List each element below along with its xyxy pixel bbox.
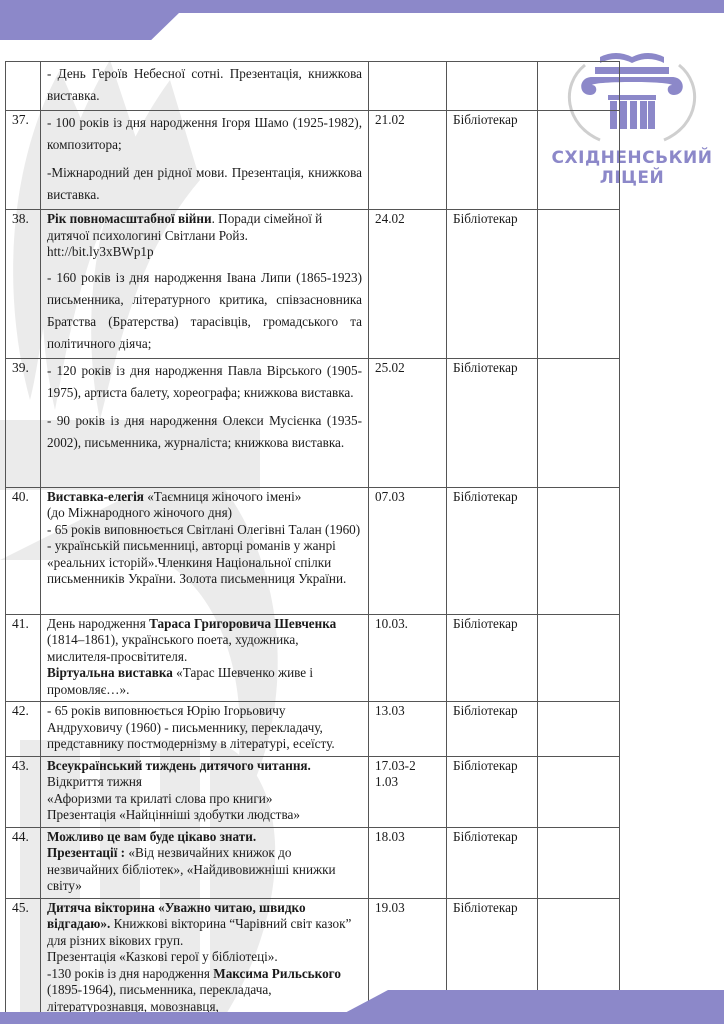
- description-text: htt://bit.ly3xBWp1p: [47, 244, 362, 261]
- event-description: - 65 років виповнюється Юрію Ігорьовичу …: [41, 702, 369, 757]
- table-row: 39.- 120 років із дня народження Павла В…: [6, 358, 620, 487]
- text-bold: Максима Рильського: [213, 966, 341, 981]
- description-rich-text: -130 років із дня народження Максима Рил…: [47, 966, 362, 1016]
- event-description: Виставка-елегія «Таємниця жіночого імені…: [41, 487, 369, 614]
- row-number: 40.: [6, 487, 41, 614]
- text-rest: (1895-1964), письменника, перекладача, л…: [47, 982, 272, 1014]
- description-text: -Міжнародний ден рідної мови. Презентаці…: [47, 162, 362, 206]
- event-date: 17.03-21.03: [369, 756, 447, 827]
- description-text: Презентація «Найцінніші здобутки людства…: [47, 807, 362, 824]
- responsible-person: Бібліотекар: [447, 358, 538, 487]
- text-bold: Тараса Григоровича Шевченка: [149, 616, 336, 631]
- description-rich-text: Виставка-елегія «Таємниця жіночого імені…: [47, 489, 362, 506]
- event-description: Всеукраїнський тиждень дитячого читання.…: [41, 756, 369, 827]
- description-text: Відкриття тижня: [47, 774, 362, 791]
- event-date: 13.03: [369, 702, 447, 757]
- text-bold: Рік повномасштабної війни: [47, 211, 212, 226]
- text-prefix: День народження: [47, 616, 149, 631]
- description-text: Презентація «Казкові герої у бібліотеці»…: [47, 949, 362, 966]
- event-date: 18.03: [369, 827, 447, 898]
- responsible-person: Бібліотекар: [447, 756, 538, 827]
- description-text: - 120 років із дня народження Павла Вірс…: [47, 360, 362, 404]
- row-number: [6, 62, 41, 111]
- event-description: День народження Тараса Григоровича Шевче…: [41, 614, 369, 702]
- event-date: 07.03: [369, 487, 447, 614]
- description-text: - 65 років виповнюється Світлані Олегівн…: [47, 522, 362, 588]
- row-number: 45.: [6, 898, 41, 1019]
- event-description: Рік повномасштабної війни. Поради сімейн…: [41, 210, 369, 359]
- header-tab-decoration: [0, 0, 180, 40]
- table-row: 43.Всеукраїнський тиждень дитячого читан…: [6, 756, 620, 827]
- responsible-person: Бібліотекар: [447, 487, 538, 614]
- description-rich-text: Віртуальна виставка «Тарас Шевченко живе…: [47, 665, 362, 698]
- responsible-person: [447, 62, 538, 111]
- description-rich-text: Презентації : «Від незвичайних книжок до…: [47, 845, 362, 895]
- event-date: 10.03.: [369, 614, 447, 702]
- table-row: 42.- 65 років виповнюється Юрію Ігорьови…: [6, 702, 620, 757]
- event-date: 24.02: [369, 210, 447, 359]
- row-number: 44.: [6, 827, 41, 898]
- event-description: - День Героїв Небесної сотні. Презентаці…: [41, 62, 369, 111]
- text-prefix: -130 років із дня народження: [47, 966, 213, 981]
- note-cell: [538, 614, 620, 702]
- description-text: «Афоризми та крилаті слова про книги»: [47, 791, 362, 808]
- footer-band: [0, 1012, 724, 1024]
- event-description: - 120 років із дня народження Павла Вірс…: [41, 358, 369, 487]
- row-number: 42.: [6, 702, 41, 757]
- description-rich-text: Дитяча вікторина «Уважно читаю, швидко в…: [47, 900, 362, 950]
- note-cell: [538, 62, 620, 111]
- events-table: - День Героїв Небесної сотні. Презентаці…: [5, 61, 620, 1019]
- responsible-person: Бібліотекар: [447, 111, 538, 210]
- event-date: [369, 62, 447, 111]
- note-cell: [538, 827, 620, 898]
- description-text: - День Героїв Небесної сотні. Презентаці…: [47, 63, 362, 107]
- row-number: 37.: [6, 111, 41, 210]
- event-description: - 100 років із дня народження Ігоря Шамо…: [41, 111, 369, 210]
- note-cell: [538, 487, 620, 614]
- description-text: - 160 років із дня народження Івана Липи…: [47, 267, 362, 355]
- row-number: 41.: [6, 614, 41, 702]
- table-row: 38.Рік повномасштабної війни. Поради сім…: [6, 210, 620, 359]
- table-row: 40.Виставка-елегія «Таємниця жіночого ім…: [6, 487, 620, 614]
- row-number: 43.: [6, 756, 41, 827]
- text-rest: (1814–1861), українського поета, художни…: [47, 632, 299, 664]
- responsible-person: Бібліотекар: [447, 702, 538, 757]
- event-date: 25.02: [369, 358, 447, 487]
- note-cell: [538, 358, 620, 487]
- text-bold: Виставка-елегія: [47, 489, 144, 504]
- row-number: 38.: [6, 210, 41, 359]
- description-text: - 90 років із дня народження Олекси Мусі…: [47, 410, 362, 454]
- description-text: - 100 років із дня народження Ігоря Шамо…: [47, 112, 362, 156]
- note-cell: [538, 702, 620, 757]
- event-date: 21.02: [369, 111, 447, 210]
- event-description: Дитяча вікторина «Уважно читаю, швидко в…: [41, 898, 369, 1019]
- responsible-person: Бібліотекар: [447, 614, 538, 702]
- event-description: Можливо це вам буде цікаво знати.Презент…: [41, 827, 369, 898]
- text-rest: «Таємниця жіночого імені»: [144, 489, 301, 504]
- note-cell: [538, 111, 620, 210]
- description-rich-text: День народження Тараса Григоровича Шевче…: [47, 616, 362, 666]
- row-number: 39.: [6, 358, 41, 487]
- note-cell: [538, 210, 620, 359]
- description-heading: Можливо це вам буде цікаво знати.: [47, 829, 362, 846]
- responsible-person: Бібліотекар: [447, 210, 538, 359]
- table-row: 44.Можливо це вам буде цікаво знати.През…: [6, 827, 620, 898]
- responsible-person: Бібліотекар: [447, 827, 538, 898]
- table-row: - День Героїв Небесної сотні. Презентаці…: [6, 62, 620, 111]
- description-rich-text: Рік повномасштабної війни. Поради сімейн…: [47, 211, 362, 244]
- description-heading: Всеукраїнський тиждень дитячого читання.: [47, 758, 362, 775]
- table-row: 41.День народження Тараса Григоровича Ше…: [6, 614, 620, 702]
- text-bold: Презентації :: [47, 845, 125, 860]
- text-bold: Віртуальна виставка: [47, 665, 173, 680]
- description-text: (до Міжнародного жіночого дня): [47, 505, 362, 522]
- note-cell: [538, 756, 620, 827]
- table-row: 37.- 100 років із дня народження Ігоря Ш…: [6, 111, 620, 210]
- description-text: - 65 років виповнюється Юрію Ігорьовичу …: [47, 703, 362, 753]
